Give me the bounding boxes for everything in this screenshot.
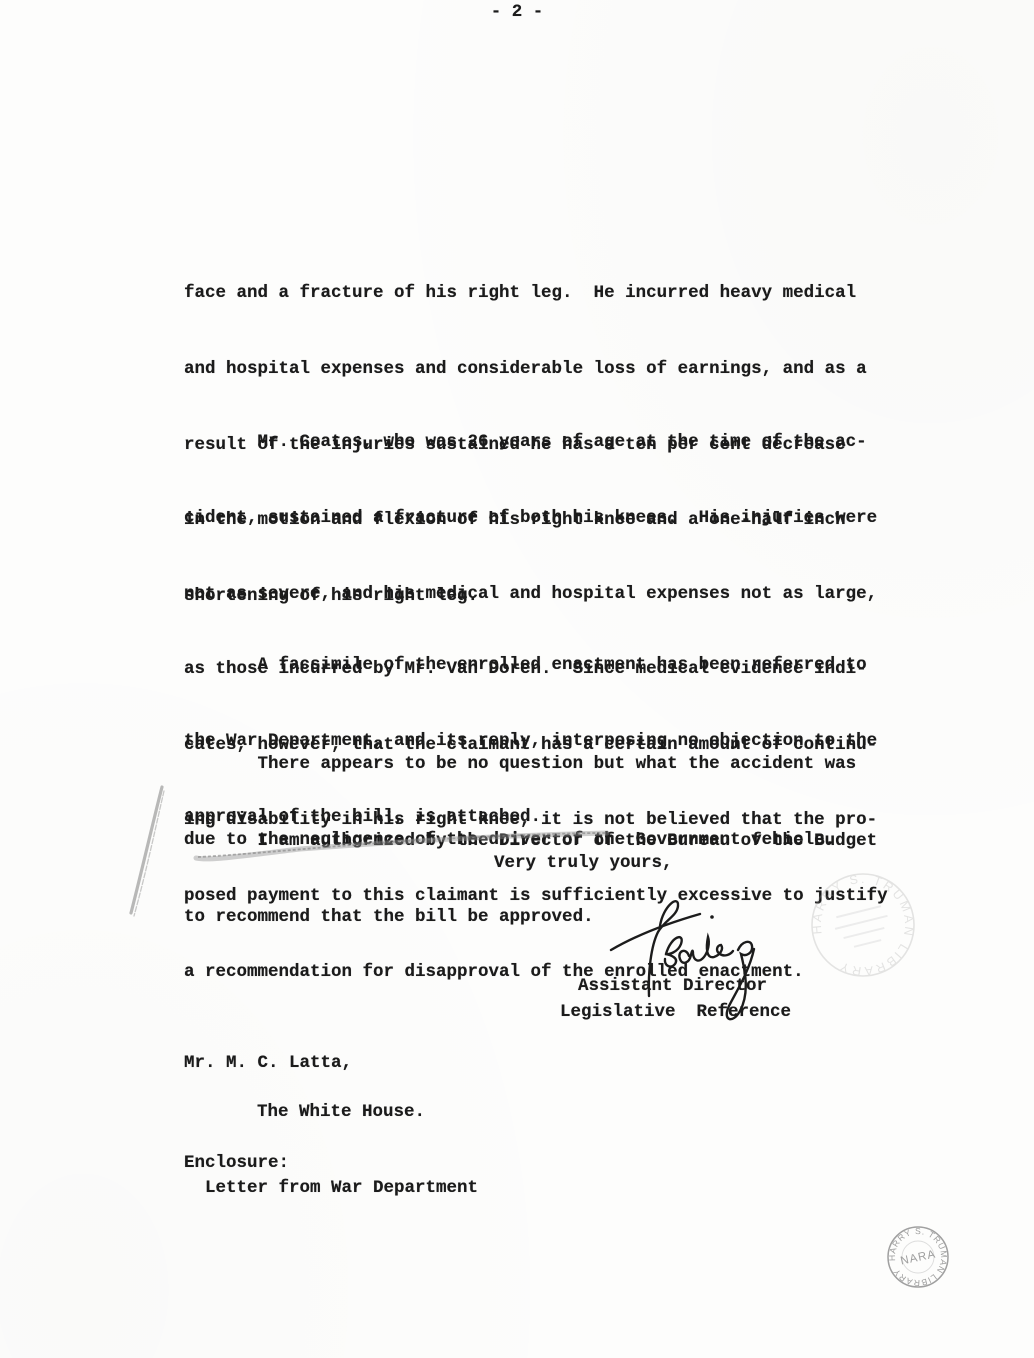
signer-title-line2: Legislative Reference [560,1000,791,1025]
stamp-rim-label: HARRY S. TRUMAN LIBRARY [880,1219,956,1295]
addressee-name: Mr. M. C. Latta, [184,1051,352,1076]
stamp-center-label: NARA [899,1248,937,1267]
letter-page: - 2 - face and a fracture of his right l… [0,0,1034,1358]
closing-salutation: Very truly yours, [494,851,673,876]
signer-title-line1: Assistant Director [578,974,767,999]
text-line: Mr. Coates, who was 26 years of age at t… [184,430,888,455]
enclosure-label: Enclosure: [184,1151,289,1176]
addressee-location: The White House. [257,1100,425,1125]
nara-stamp: HARRY S. TRUMAN LIBRARY NARA [880,1219,956,1295]
text-line: cident, sustained a fracture of both his… [184,506,888,531]
svg-text:HARRY S. TRUMAN LIBRARY: HARRY S. TRUMAN LIBRARY [880,1219,956,1295]
pencil-diagonal-mark [131,787,164,916]
text-line: to recommend that the bill be approved. [184,905,877,930]
text-line: A facsimile of the enrolled enactment ha… [184,653,877,678]
page-number: - 2 - [0,0,1034,25]
enclosure-item: Letter from War Department [205,1176,478,1201]
paragraph-recommendation: I am authorized by the Director of the B… [184,779,877,981]
text-line: There appears to be no question but what… [184,752,856,777]
text-line: face and a fracture of his right leg. He… [184,281,867,306]
text-line: and hospital expenses and considerable l… [184,357,867,382]
